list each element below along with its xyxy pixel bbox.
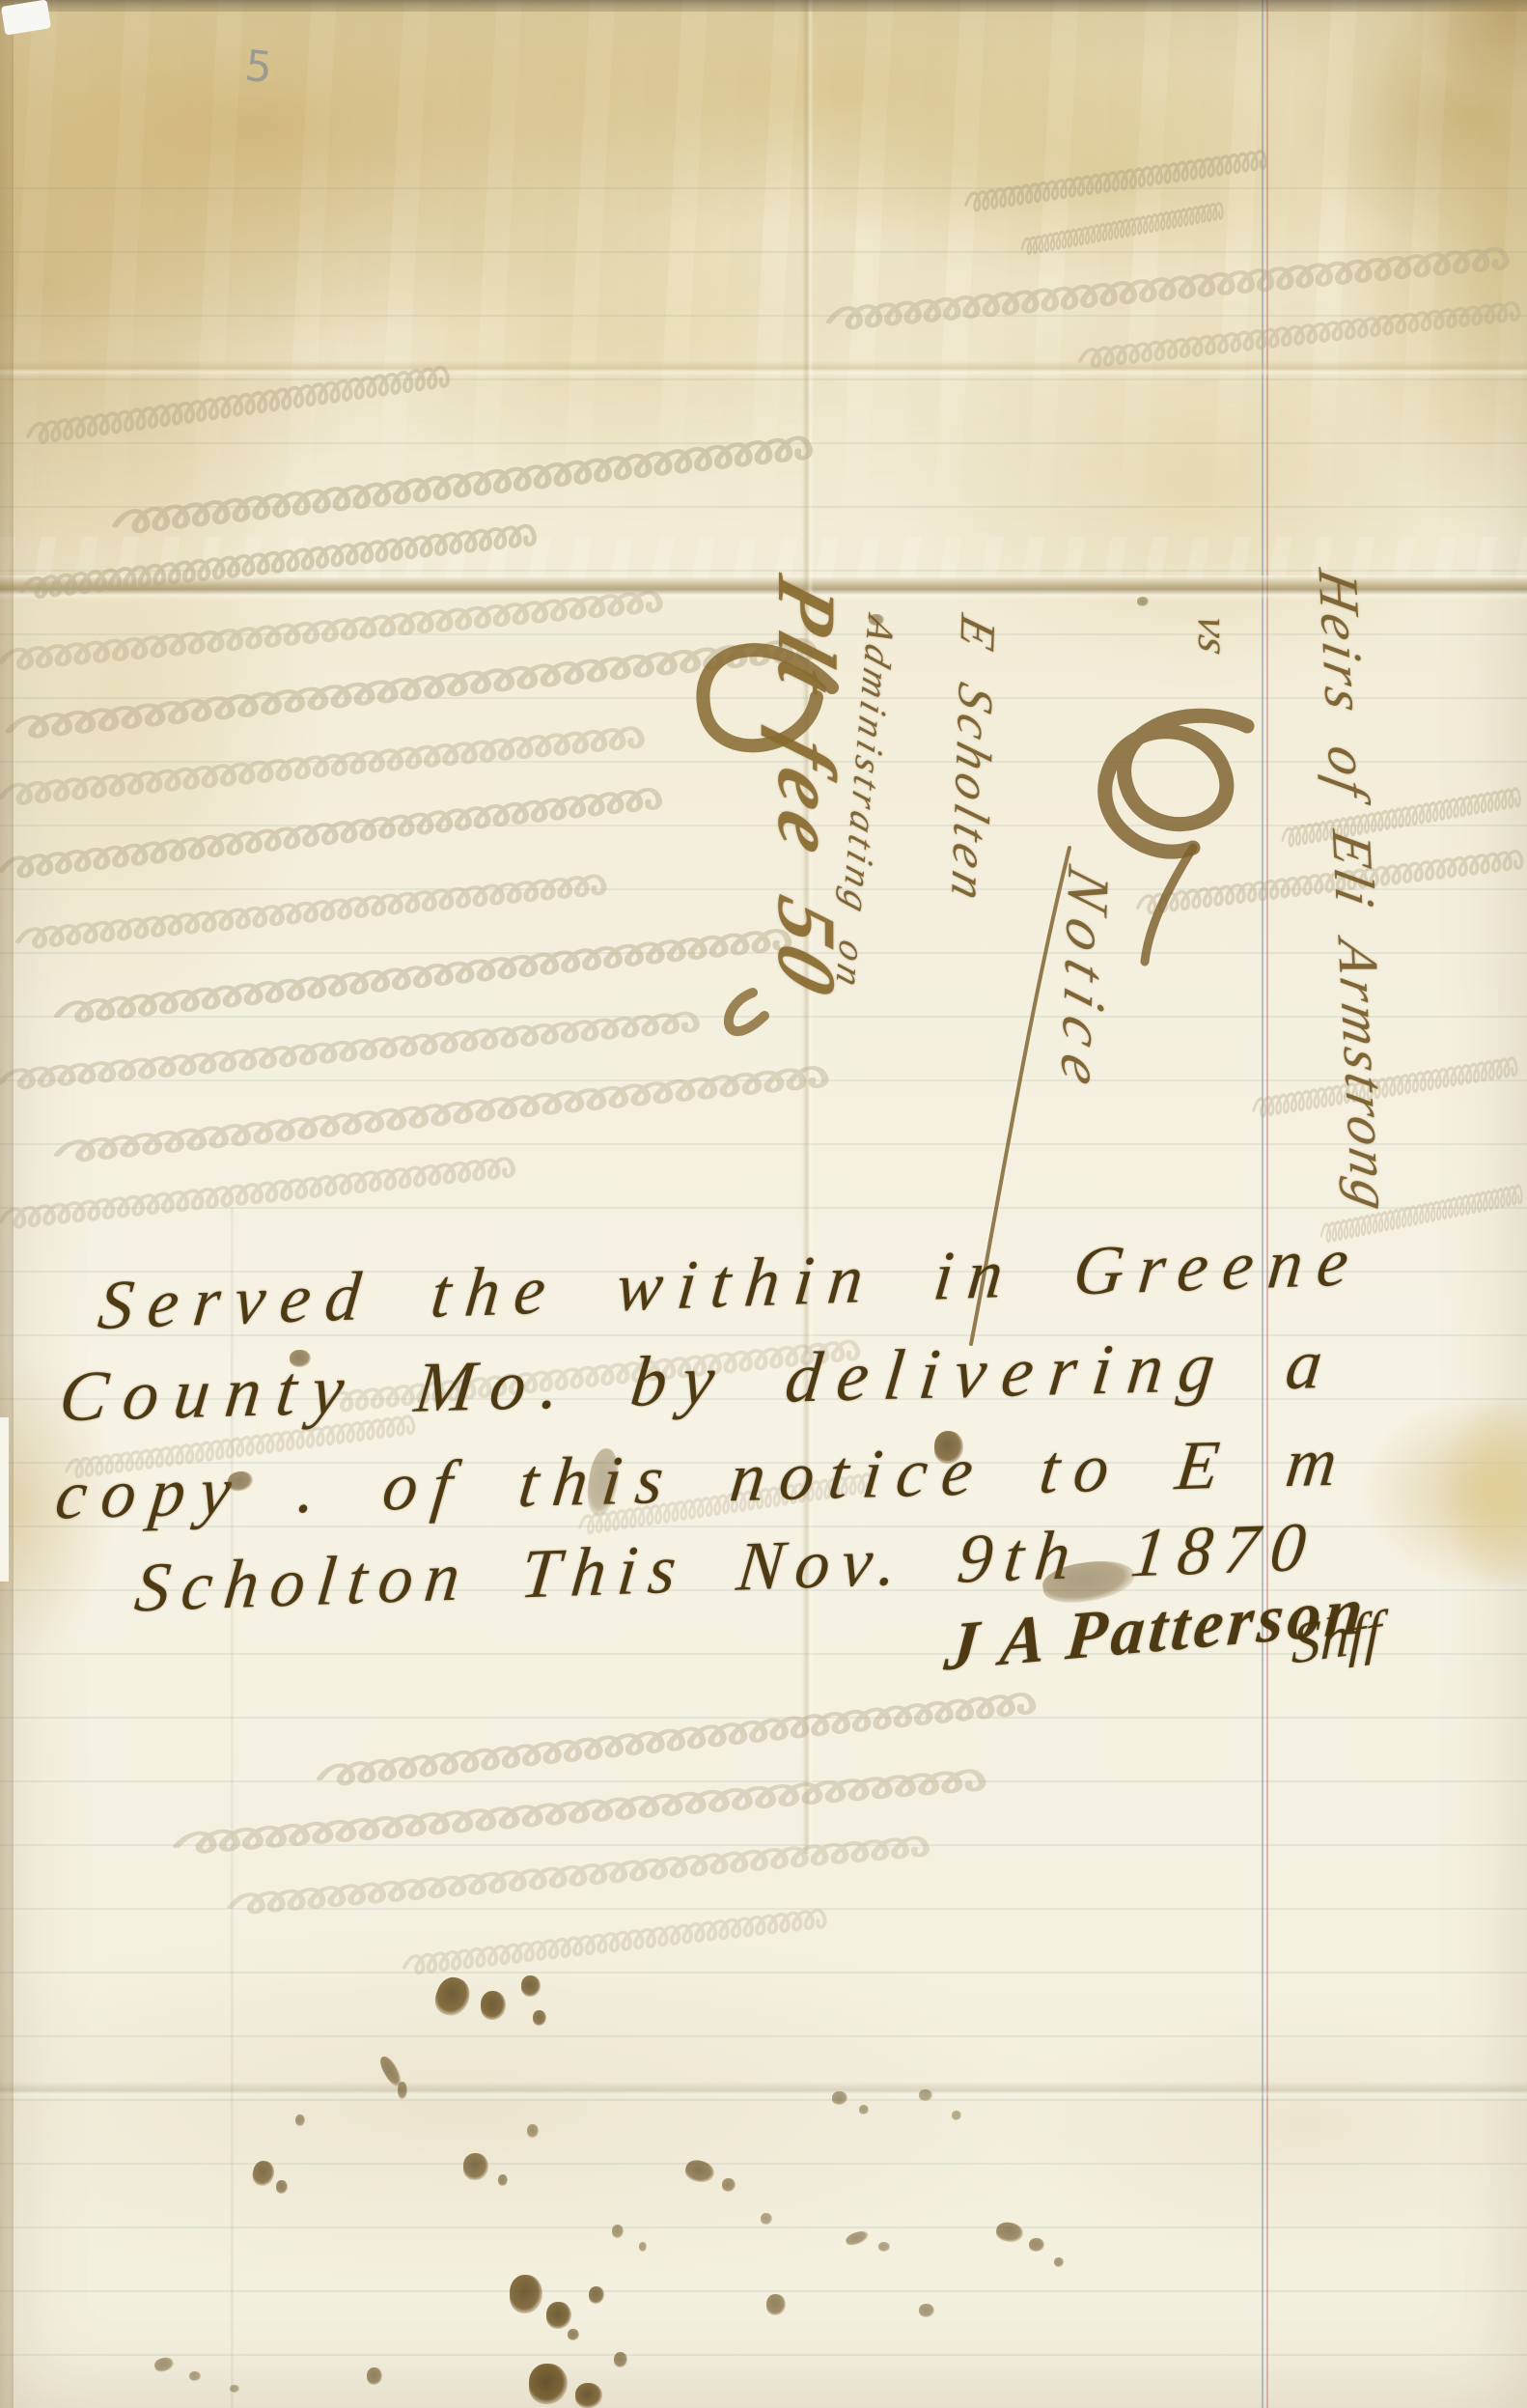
ink-blot xyxy=(510,2275,542,2313)
torn-edge-right-gap xyxy=(0,1417,9,1582)
ink-blot xyxy=(463,2153,488,2180)
ink-blot xyxy=(589,2286,604,2304)
margin-rule-red xyxy=(1266,0,1268,2408)
docket-versus: vs xyxy=(1188,611,1239,661)
ink-blot xyxy=(251,2159,276,2187)
torn-corner-top-left xyxy=(1,0,51,36)
ink-blots xyxy=(0,0,1527,2408)
margin-rule-blue xyxy=(1262,0,1263,2408)
ink-blot xyxy=(529,2364,568,2404)
sheriff-signature-title: Shff xyxy=(1291,1598,1382,1678)
ink-blot xyxy=(575,2383,602,2408)
ink-blot xyxy=(527,2124,539,2138)
ink-blot xyxy=(189,2371,201,2381)
docket-defendant: E Scholten xyxy=(939,608,1006,913)
ink-blot xyxy=(481,1991,506,2020)
fold-crease-upper xyxy=(0,361,1527,377)
ink-blot xyxy=(832,2091,847,2105)
ink-blot xyxy=(639,2242,647,2252)
ink-blot xyxy=(521,1975,541,1997)
scan-edge-bottom xyxy=(0,0,1527,12)
paper-stains xyxy=(0,0,1527,2408)
ink-blot xyxy=(295,2114,305,2126)
torn-edge-right xyxy=(1444,1398,1527,1587)
ink-blot xyxy=(952,2111,961,2120)
ink-blot xyxy=(367,2367,382,2385)
ink-blot xyxy=(845,2228,871,2247)
fold-crease-lower xyxy=(0,2082,1527,2099)
ink-blot xyxy=(766,2294,786,2315)
ink-blot xyxy=(878,2242,890,2252)
bleedthrough-writing xyxy=(0,0,1527,2408)
ink-blot xyxy=(919,2304,934,2317)
scan-edge-right xyxy=(0,0,14,2408)
docket-doc-type: Notice xyxy=(1046,858,1122,1106)
ink-blot xyxy=(230,2385,239,2393)
ink-blot xyxy=(1029,2238,1044,2252)
ink-blot xyxy=(919,2089,932,2101)
ink-blot xyxy=(1137,597,1149,606)
ink-blot xyxy=(761,2213,772,2225)
ink-blot xyxy=(153,2356,176,2374)
docket-plaintiff: Heirs of Eli Armstrong xyxy=(1305,565,1404,1219)
ink-blot xyxy=(498,2174,508,2186)
scanned-document-page: 5 Heirs of Eli Armstrong vs Notice E Sch… xyxy=(0,0,1527,2408)
ink-blot xyxy=(546,2302,571,2329)
ink-blot xyxy=(994,2221,1024,2245)
ink-blot xyxy=(722,2178,736,2192)
ink-blot xyxy=(276,2180,288,2194)
scan-edge-top xyxy=(0,0,1527,12)
ink-blot xyxy=(568,2329,579,2340)
ink-blot xyxy=(683,2157,717,2185)
ink-blot xyxy=(614,2352,627,2367)
service-return-line-2: County Mo. by delivering a xyxy=(55,1324,1342,1440)
scan-edge-left xyxy=(0,0,10,2408)
ink-blot xyxy=(859,2105,869,2114)
ink-blot xyxy=(533,2010,546,2026)
corner-stain-top-right xyxy=(1411,0,1527,89)
docket-fee-note: Plt fee 50 xyxy=(759,566,855,1013)
ink-blot xyxy=(376,2054,404,2088)
ink-blot xyxy=(612,2225,624,2238)
ink-blot xyxy=(398,2082,407,2099)
ink-blot xyxy=(430,1973,475,2020)
ink-blot xyxy=(1054,2257,1064,2267)
pencil-number: 5 xyxy=(242,42,274,94)
paper-streak-texture xyxy=(0,0,1527,541)
